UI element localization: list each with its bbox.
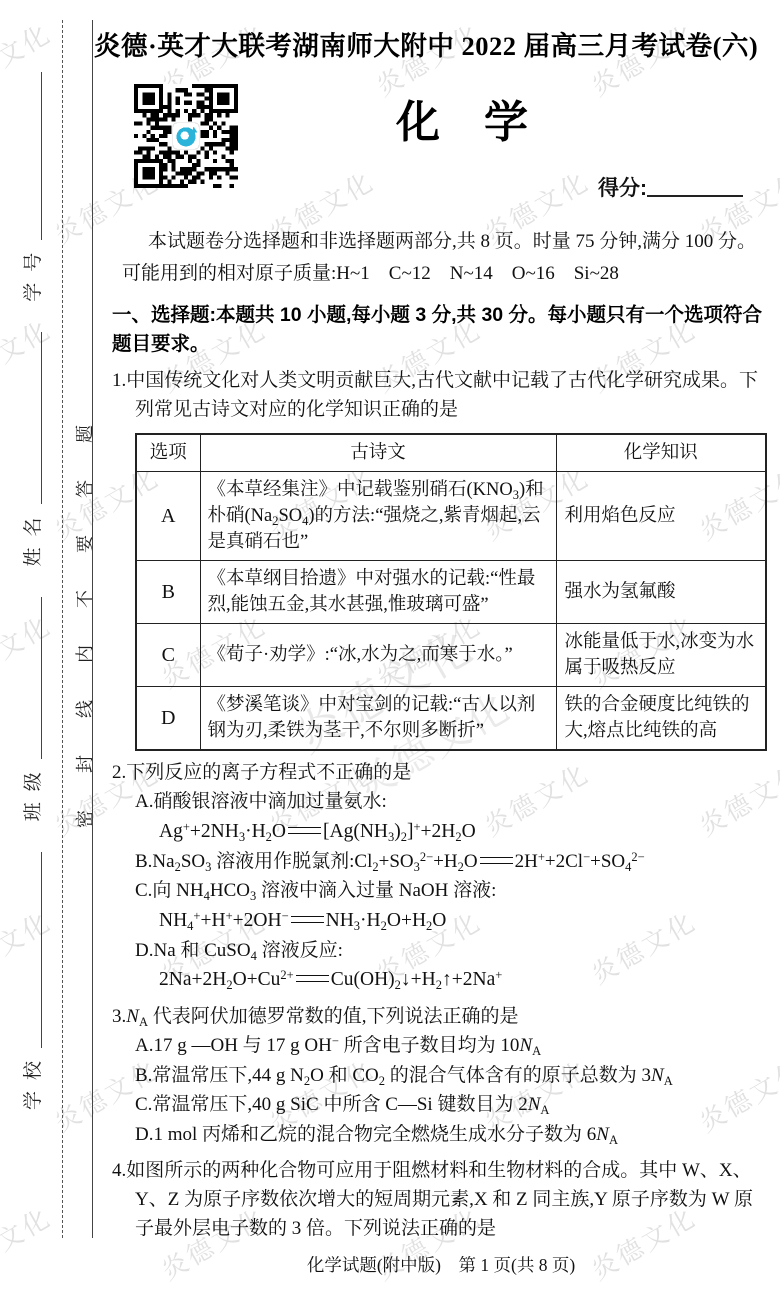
question-4-stem: 4.如图所示的两种化合物可应用于阻燃材料和生物材料的合成。其中 W、X、Y、Z … [112, 1156, 770, 1243]
school-blank-line[interactable] [26, 852, 42, 1048]
row-c-knowledge: 冰能量低于水,冰变为水属于吸热反应 [556, 624, 766, 687]
question-3-stem: 3.NA 代表阿伏加德罗常数的值,下列说法正确的是 [112, 1002, 770, 1031]
seal-line-text: 密封线内不要答题 [71, 20, 97, 1252]
table-header-row: 选项 古诗文 化学知识 [136, 434, 766, 472]
field-class: 班级 [23, 571, 44, 821]
class-blank-line[interactable] [26, 597, 42, 759]
table-row-a: A 《本草经集注》中记载鉴别硝石(KNO3)和朴硝(Na2SO4)的方法:“强烧… [136, 472, 766, 561]
name-blank-line[interactable] [26, 332, 42, 504]
question-1-stem: 1.中国传统文化对人类文明贡献巨大,古代文献中记载了古代化学研究成果。下列常见古… [112, 366, 770, 424]
row-d-poem: 《梦溪笔谈》中对宝剑的记载:“古人以剂钢为刃,柔铁为茎干,不尔则多断折” [200, 687, 556, 751]
student-number-label: 学号 [23, 242, 44, 302]
page-footer: 化学试题(附中版) 第 1 页(共 8 页) [112, 1252, 770, 1277]
table-row-b: B 《本草纲目拾遗》中对强水的记载:“性最烈,能蚀五金,其水甚强,惟玻璃可盛” … [136, 561, 766, 624]
row-c-poem: 《荀子·劝学》:“冰,水为之,而寒于水。” [200, 624, 556, 687]
field-school: 学校 [23, 826, 44, 1110]
question-2-stem: 2.下列反应的离子方程式不正确的是 [112, 758, 770, 787]
row-a-knowledge: 利用焰色反应 [556, 472, 766, 561]
intro-line-2: 可能用到的相对原子质量:H~1 C~12 N~14 O~16 Si~28 [112, 260, 770, 288]
subject-title: 化 学 [396, 86, 528, 150]
question-3-number: 3. [112, 1006, 126, 1027]
score-blank-line[interactable] [647, 175, 743, 197]
qr-code [134, 84, 238, 188]
school-label: 学校 [23, 1050, 44, 1110]
row-b-option: B [136, 561, 200, 624]
row-a-option: A [136, 472, 200, 561]
row-b-knowledge: 强水为氢氟酸 [556, 561, 766, 624]
col-header-poem: 古诗文 [200, 434, 556, 472]
question-3-option-a: A.17 g —OH 与 17 g OH− 所含电子数目均为 10NA [112, 1031, 770, 1061]
name-label: 姓名 [23, 506, 44, 566]
question-2-option-c: C.向 NH4HCO3 溶液中滴入过量 NaOH 溶液: [112, 876, 770, 906]
sidebar-student-fields: 学校 班级 姓名 学号 [18, 20, 54, 1252]
question-2-number: 2. [112, 762, 126, 783]
field-student-number: 学号 [23, 46, 44, 302]
exam-page: 炎德文化炎德文化炎德文化炎德文化炎德文化炎德文化炎德文化炎德文化炎德文化炎德文化… [0, 0, 780, 1297]
table-row-d: D 《梦溪笔谈》中对宝剑的记载:“古人以剂钢为刃,柔铁为茎干,不尔则多断折” 铁… [136, 687, 766, 751]
intro-line-1: 本试题卷分选择题和非选择题两部分,共 8 页。时量 75 分钟,满分 100 分… [112, 228, 770, 256]
question-4-number: 4. [112, 1160, 126, 1181]
row-c-option: C [136, 624, 200, 687]
score-label: 得分: [598, 177, 647, 200]
row-d-knowledge: 铁的合金硬度比纯铁的大,熔点比纯铁的高 [556, 687, 766, 751]
question-1-number: 1. [112, 370, 126, 391]
question-3-option-c: C.常温常压下,40 g SiC 中所含 C—Si 键数目为 2NA [112, 1090, 770, 1120]
question-2-equation-c: NH4++H++2OH−NH3·H2O+H2O [112, 906, 770, 936]
student-number-blank-line[interactable] [26, 72, 42, 240]
row-b-poem: 《本草纲目拾遗》中对强水的记载:“性最烈,能蚀五金,其水甚强,惟玻璃可盛” [200, 561, 556, 624]
field-name: 姓名 [23, 306, 44, 566]
question-2-equation-d: 2Na+2H2O+Cu2+Cu(OH)2↓+H2↑+2Na+ [112, 965, 770, 995]
table-row-c: C 《荀子·劝学》:“冰,水为之,而寒于水。” 冰能量低于水,冰变为水属于吸热反… [136, 624, 766, 687]
seal-solid-line [92, 20, 93, 1238]
question-2-option-d: D.Na 和 CuSO4 溶液反应: [112, 936, 770, 966]
row-d-option: D [136, 687, 200, 751]
section-1-heading: 一、选择题:本题共 10 小题,每小题 3 分,共 30 分。每小题只有一个选项… [112, 301, 770, 359]
exam-body: 本试题卷分选择题和非选择题两部分,共 8 页。时量 75 分钟,满分 100 分… [112, 228, 770, 1243]
question-2-option-a: A.硝酸银溶液中滴加过量氨水: [112, 787, 770, 817]
col-header-knowledge: 化学知识 [556, 434, 766, 472]
row-a-poem: 《本草经集注》中记载鉴别硝石(KNO3)和朴硝(Na2SO4)的方法:“强烧之,… [200, 472, 556, 561]
question-2-option-b: B.Na2SO3 溶液用作脱氯剂:Cl2+SO32−+H2O2H++2Cl−+S… [112, 847, 770, 877]
question-3-option-d: D.1 mol 丙烯和乙烷的混合物完全燃烧生成水分子数为 6NA [112, 1120, 770, 1150]
col-header-option: 选项 [136, 434, 200, 472]
question-3-option-b: B.常温常压下,44 g N2O 和 CO2 的混合气体含有的原子总数为 3NA [112, 1061, 770, 1091]
question-2-equation-a: Ag++2NH3·H2O[Ag(NH3)2]++2H2O [112, 817, 770, 847]
seal-dashed-line [62, 20, 63, 1238]
question-1-table: 选项 古诗文 化学知识 A 《本草经集注》中记载鉴别硝石(KNO3)和朴硝(Na… [135, 433, 767, 751]
score-field: 得分: [598, 172, 743, 202]
exam-title: 炎德·英才大联考湖南师大附中 2022 届高三月考试卷(六) [94, 24, 774, 63]
class-label: 班级 [23, 761, 44, 821]
